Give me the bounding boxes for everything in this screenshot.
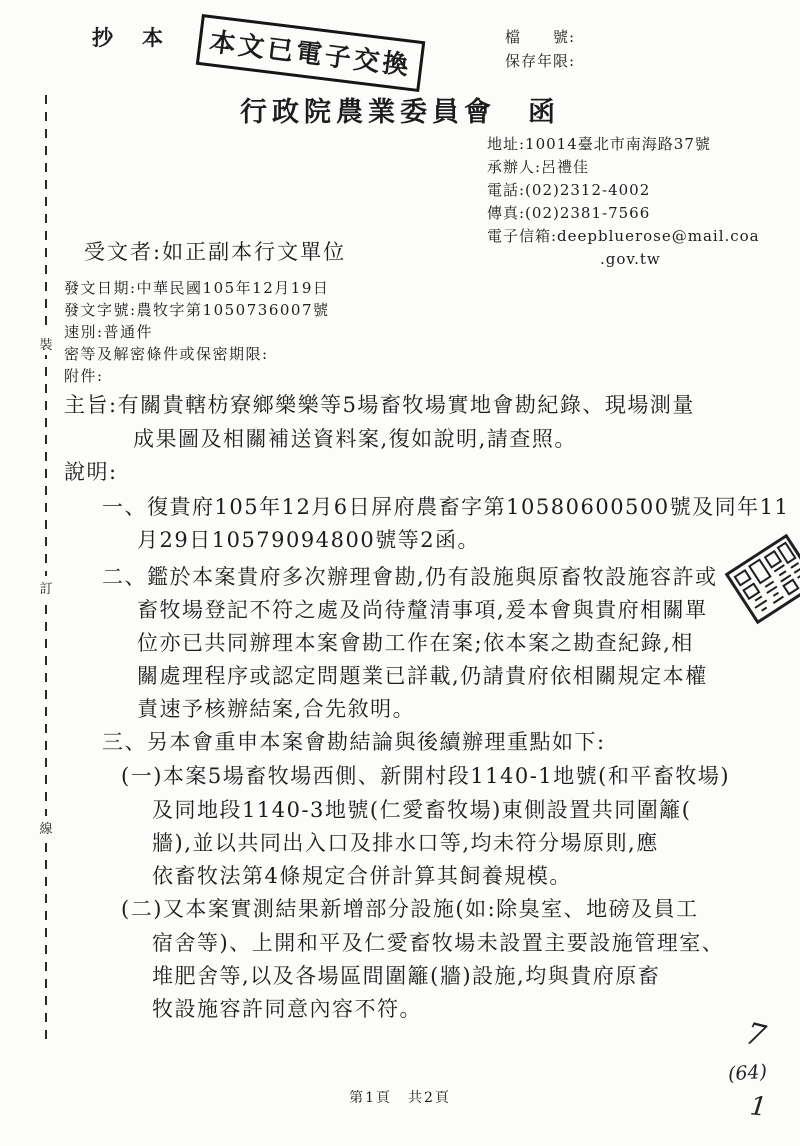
- explanation-item2-line5: 責速予核辦結案,合先敘明。: [137, 693, 415, 723]
- page-number-footer: 第1頁 共2頁: [0, 1087, 800, 1107]
- explanation-item1-line1: 一、復貴府105年12月6日屏府農畜字第10580600500號及同年11: [102, 491, 789, 521]
- explanation-item2-line3: 位亦已共同辦理本案會勘工作在案;依本案之勘查紀錄,相: [137, 627, 694, 657]
- explanation-item3-line1: 三、另本會重申本案會勘結論與後續辦理重點如下:: [102, 726, 606, 756]
- file-number-label: 檔 號:: [505, 26, 575, 47]
- explanation-sub2-line3: 堆肥舍等,以及各場區間圍籬(牆)設施,均與貴府原畜: [152, 960, 660, 990]
- explanation-item2-line1: 二、鑑於本案貴府多次辦理會勘,仍有設施與原畜牧設施容許或: [102, 561, 718, 591]
- official-seal-stamp: [725, 534, 800, 625]
- email-address-line2: .gov.tw: [600, 248, 661, 271]
- attachment-line: 附件:: [64, 365, 104, 386]
- handwritten-mark-2: (64): [727, 1061, 767, 1086]
- binding-dashed-line: [45, 95, 47, 1045]
- handwritten-mark-1: 7: [742, 1016, 769, 1055]
- subject-line-1: 主旨:有關貴轄枋寮鄉樂樂等5場畜牧場實地會勘紀錄、現場測量: [64, 389, 695, 419]
- subject-line-2: 成果圖及相關補送資料案,復如說明,請查照。: [133, 423, 577, 453]
- binding-mark-xian: 線: [37, 816, 55, 839]
- explanation-item2-line2: 畜牧場登記不符之處及尚待釐清事項,爰本會與貴府相關單: [137, 594, 708, 624]
- document-title: 行政院農業委員會 函: [0, 90, 800, 129]
- explanation-sub2-line1: (二)又本案實測結果新增部分設施(如:除臭室、地磅及員工: [121, 893, 699, 923]
- doc-number-line: 發文字號:農牧字第1050736007號: [64, 299, 330, 320]
- contact-person: 承辦人:呂禮佳: [487, 156, 589, 179]
- copy-label: 抄 本: [92, 22, 167, 52]
- retention-period-label: 保存年限:: [505, 50, 575, 71]
- explanation-sub1-line4: 依畜牧法第4條規定合併計算其飼養規模。: [152, 860, 572, 890]
- binding-mark-ding: 訂: [37, 576, 55, 599]
- electronic-exchange-stamp: 本文已電子交換: [196, 14, 426, 92]
- explanation-sub1-line2: 及同地段1140-3地號(仁愛畜牧場)東側設置共同圍籬(: [152, 794, 691, 824]
- explanation-label: 說明:: [64, 456, 118, 486]
- seal-pattern: [729, 538, 800, 620]
- agency-address: 地址:10014臺北市南海路37號: [487, 133, 711, 156]
- security-class-line: 密等及解密條件或保密期限:: [64, 343, 269, 364]
- explanation-sub1-line1: (一)本案5場畜牧場西側、新開村段1140-1地號(和平畜牧場): [121, 760, 730, 790]
- speed-class-line: 速別:普通件: [64, 321, 153, 342]
- document-page: 裝 訂 線 抄 本 本文已電子交換 檔 號: 保存年限: 行政院農業委員會 函 …: [0, 0, 800, 1146]
- explanation-sub1-line3: 牆),並以共同出入口及排水口等,均未符分場原則,應: [152, 827, 659, 857]
- explanation-item1-line2: 月29日10579094800號等2函。: [137, 524, 480, 554]
- recipient-line: 受文者:如正副本行文單位: [84, 236, 346, 266]
- explanation-item2-line4: 關處理程序或認定問題業已詳載,仍請貴府依相關規定本權: [137, 660, 708, 690]
- email-address-line1: 電子信箱:deepbluerose@mail.coa: [487, 225, 760, 248]
- fax-number: 傳真:(02)2381-7566: [487, 202, 650, 225]
- phone-number: 電話:(02)2312-4002: [487, 179, 650, 202]
- explanation-sub2-line2: 宿舍等)、上開和平及仁愛畜牧場未設置主要設施管理室、: [152, 927, 724, 957]
- binding-mark-zhuang: 裝: [37, 332, 55, 355]
- explanation-sub2-line4: 牧設施容許同意內容不符。: [152, 993, 422, 1023]
- issue-date-line: 發文日期:中華民國105年12月19日: [64, 277, 329, 298]
